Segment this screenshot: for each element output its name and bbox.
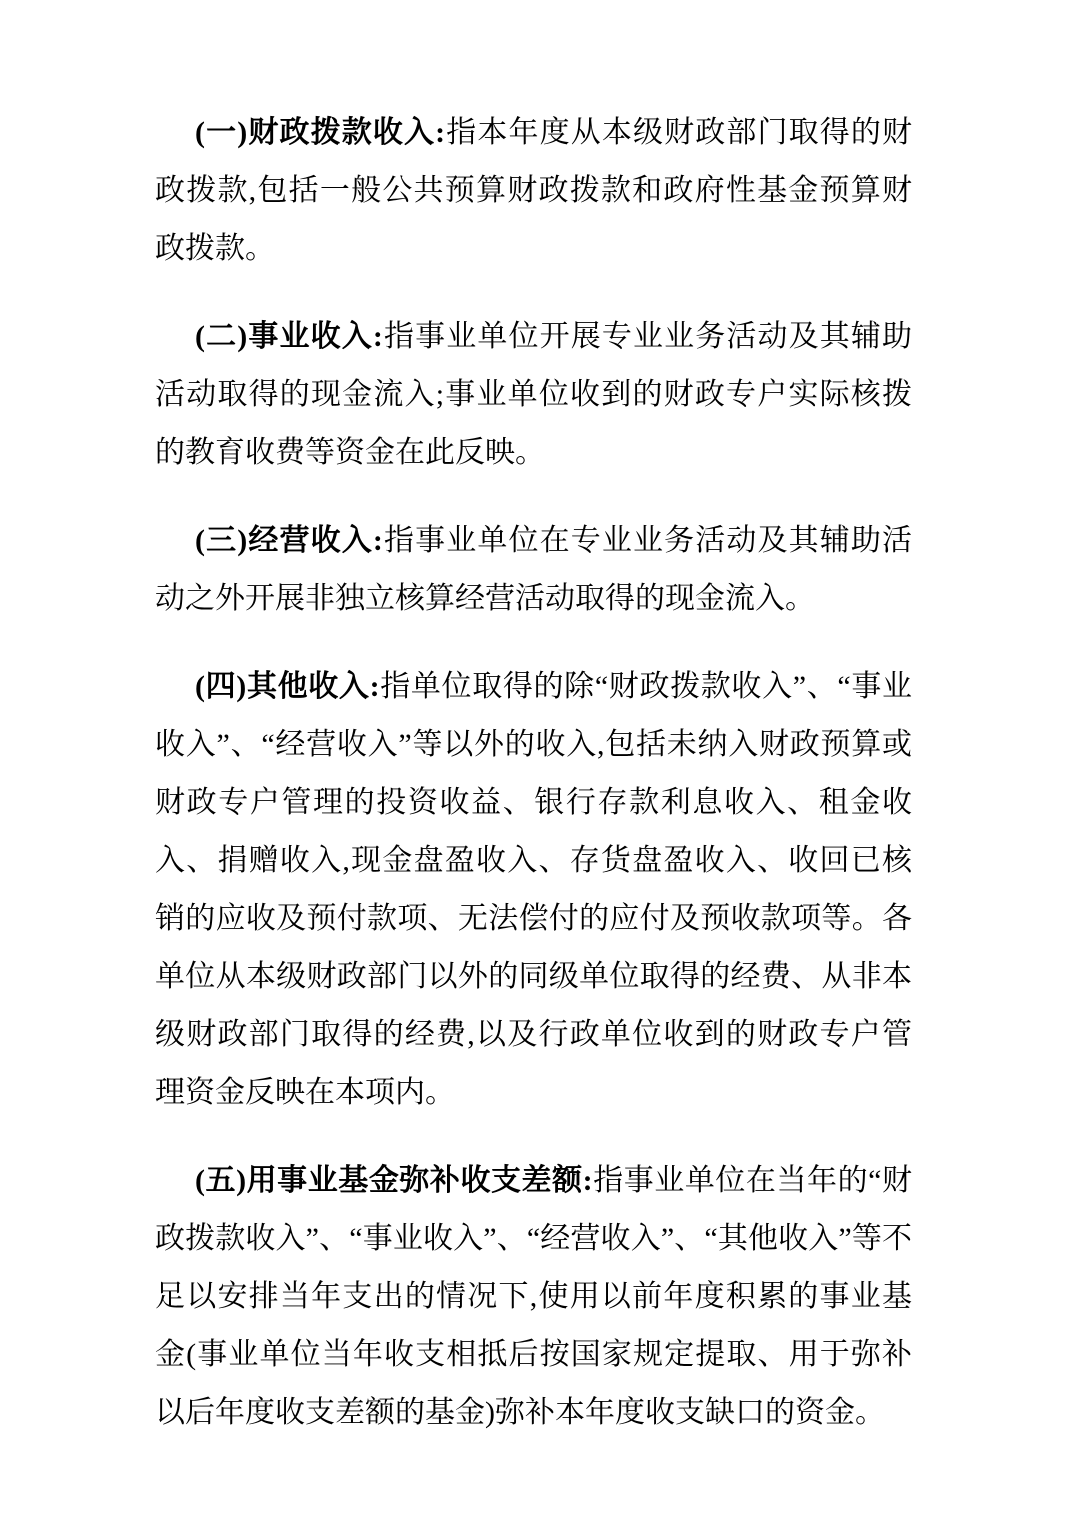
paragraph-label: (五)用事业基金弥补收支差额: [195,1164,593,1197]
paragraph-label: (四)其他收入: [195,670,380,703]
paragraph-label: (二)事业收入: [195,320,383,353]
paragraph-body: 指事业单位在当年的“财政拨款收入”、“事业收入”、“经营收入”、“其他收入”等不… [155,1164,912,1429]
paragraph-label: (三)经营收入: [195,524,383,557]
document-content: (一)财政拨款收入:指本年度从本级财政部门取得的财政拨款,包括一般公共预算财政拨… [155,104,912,1472]
paragraph-fiscal-appropriation-income: (一)财政拨款收入:指本年度从本级财政部门取得的财政拨款,包括一般公共预算财政拨… [155,104,912,278]
document-page: (一)财政拨款收入:指本年度从本级财政部门取得的财政拨款,包括一般公共预算财政拨… [0,0,1074,1520]
paragraph-other-income: (四)其他收入:指单位取得的除“财政拨款收入”、“事业收入”、“经营收入”等以外… [155,658,912,1122]
paragraph-business-income: (三)经营收入:指事业单位在专业业务活动及其辅助活动之外开展非独立核算经营活动取… [155,512,912,628]
paragraph-fund-deficit-coverage: (五)用事业基金弥补收支差额:指事业单位在当年的“财政拨款收入”、“事业收入”、… [155,1152,912,1442]
paragraph-operating-income: (二)事业收入:指事业单位开展专业业务活动及其辅助活动取得的现金流入;事业单位收… [155,308,912,482]
paragraph-label: (一)财政拨款收入: [195,116,445,149]
paragraph-body: 指单位取得的除“财政拨款收入”、“事业收入”、“经营收入”等以外的收入,包括未纳… [155,670,912,1109]
